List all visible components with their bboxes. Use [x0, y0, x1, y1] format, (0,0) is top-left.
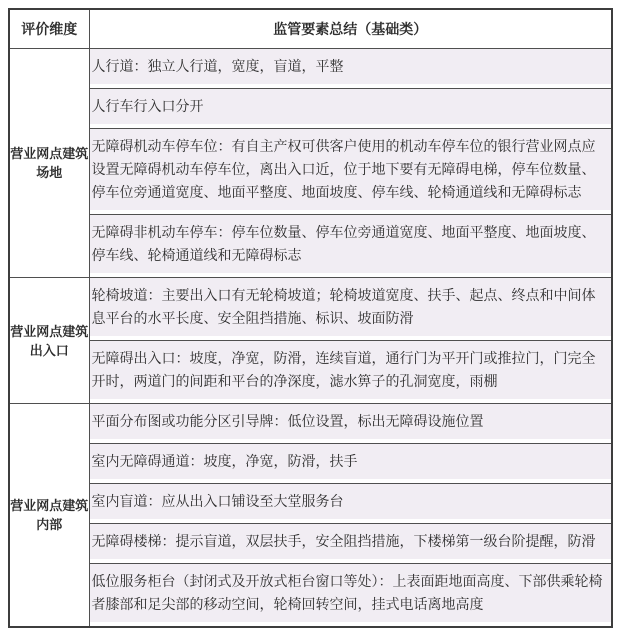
requirement-text-non-motor-parking: 无障碍非机动车停车：停车位数量、停车位旁通道宽度、地面平整度、地面坡度、停车线、…: [90, 215, 612, 273]
requirement-text-accessible-stairs: 无障碍楼梯：提示盲道，双层扶手，安全阻挡措施，下楼梯第一级台阶提醒，防滑: [90, 524, 612, 559]
requirement-text-accessible-parking: 无障碍机动车停车位：有自主产权可供客户使用的机动车停车位的银行营业网点应设置无障…: [90, 129, 612, 210]
requirement-text-entrance-separation: 人行车行入口分开: [90, 89, 612, 124]
requirement-cell: 平面分布图或功能分区引导牌：低位设置，标出无障碍设施位置: [89, 404, 612, 444]
requirement-text-indoor-tactile-path: 室内盲道：应从出入口铺设至大堂服务台: [90, 484, 612, 519]
table-row: 无障碍机动车停车位：有自主产权可供客户使用的机动车停车位的银行营业网点应设置无障…: [9, 129, 612, 215]
requirement-cell: 轮椅坡道：主要出入口有无轮椅坡道；轮椅坡道宽度、扶手、起点、终点和中间体息平台的…: [89, 278, 612, 341]
requirement-cell: 室内无障碍通道：坡度，净宽，防滑，扶手: [89, 444, 612, 484]
table-row: 无障碍楼梯：提示盲道，双层扶手，安全阻挡措施，下楼梯第一级台阶提醒，防滑: [9, 524, 612, 564]
requirement-cell: 无障碍出入口：坡度，净宽，防滑，连续盲道，通行门为平开门或推拉门，门完全开时，两…: [89, 341, 612, 404]
requirement-cell: 人行车行入口分开: [89, 89, 612, 129]
requirement-cell: 低位服务柜台（封闭式及开放式柜台窗口等处）：上表面距地面高度、下部供乘轮椅者膝部…: [89, 564, 612, 628]
table-row: 营业网点建筑内部 平面分布图或功能分区引导牌：低位设置，标出无障碍设施位置: [9, 404, 612, 444]
table-row: 室内无障碍通道：坡度，净宽，防滑，扶手: [9, 444, 612, 484]
column-header-summary: 监管要素总结（基础类）: [89, 9, 612, 49]
requirement-text-low-counter: 低位服务柜台（封闭式及开放式柜台窗口等处）：上表面距地面高度、下部供乘轮椅者膝部…: [90, 564, 612, 622]
category-cell-site: 营业网点建筑场地: [9, 49, 89, 278]
requirement-text-indoor-passage: 室内无障碍通道：坡度，净宽，防滑，扶手: [90, 444, 612, 479]
table-row: 低位服务柜台（封闭式及开放式柜台窗口等处）：上表面距地面高度、下部供乘轮椅者膝部…: [9, 564, 612, 628]
evaluation-table: 评价维度 监管要素总结（基础类） 营业网点建筑场地 人行道：独立人行道，宽度，盲…: [8, 8, 613, 628]
requirement-cell: 无障碍楼梯：提示盲道，双层扶手，安全阻挡措施，下楼梯第一级台阶提醒，防滑: [89, 524, 612, 564]
table-row: 营业网点建筑场地 人行道：独立人行道，宽度，盲道，平整: [9, 49, 612, 89]
category-cell-interior: 营业网点建筑内部: [9, 404, 89, 628]
requirement-cell: 无障碍机动车停车位：有自主产权可供客户使用的机动车停车位的银行营业网点应设置无障…: [89, 129, 612, 215]
requirement-text-floor-plan-sign: 平面分布图或功能分区引导牌：低位设置，标出无障碍设施位置: [90, 404, 612, 439]
requirement-text-sidewalk: 人行道：独立人行道，宽度，盲道，平整: [90, 49, 612, 84]
requirement-text-wheelchair-ramp: 轮椅坡道：主要出入口有无轮椅坡道；轮椅坡道宽度、扶手、起点、终点和中间体息平台的…: [90, 278, 612, 336]
table-row: 人行车行入口分开: [9, 89, 612, 129]
table-row: 无障碍非机动车停车：停车位数量、停车位旁通道宽度、地面平整度、地面坡度、停车线、…: [9, 215, 612, 278]
document-page: 评价维度 监管要素总结（基础类） 营业网点建筑场地 人行道：独立人行道，宽度，盲…: [0, 0, 621, 636]
requirement-cell: 室内盲道：应从出入口铺设至大堂服务台: [89, 484, 612, 524]
table-row: 营业网点建筑出入口 轮椅坡道：主要出入口有无轮椅坡道；轮椅坡道宽度、扶手、起点、…: [9, 278, 612, 341]
requirement-cell: 无障碍非机动车停车：停车位数量、停车位旁通道宽度、地面平整度、地面坡度、停车线、…: [89, 215, 612, 278]
column-header-dimension: 评价维度: [9, 9, 89, 49]
table-row: 无障碍出入口：坡度，净宽，防滑，连续盲道，通行门为平开门或推拉门，门完全开时，两…: [9, 341, 612, 404]
table-row: 室内盲道：应从出入口铺设至大堂服务台: [9, 484, 612, 524]
requirement-text-accessible-entrance: 无障碍出入口：坡度，净宽，防滑，连续盲道，通行门为平开门或推拉门，门完全开时，两…: [90, 341, 612, 399]
category-cell-entrance: 营业网点建筑出入口: [9, 278, 89, 404]
header-row: 评价维度 监管要素总结（基础类）: [9, 9, 612, 49]
requirement-cell: 人行道：独立人行道，宽度，盲道，平整: [89, 49, 612, 89]
